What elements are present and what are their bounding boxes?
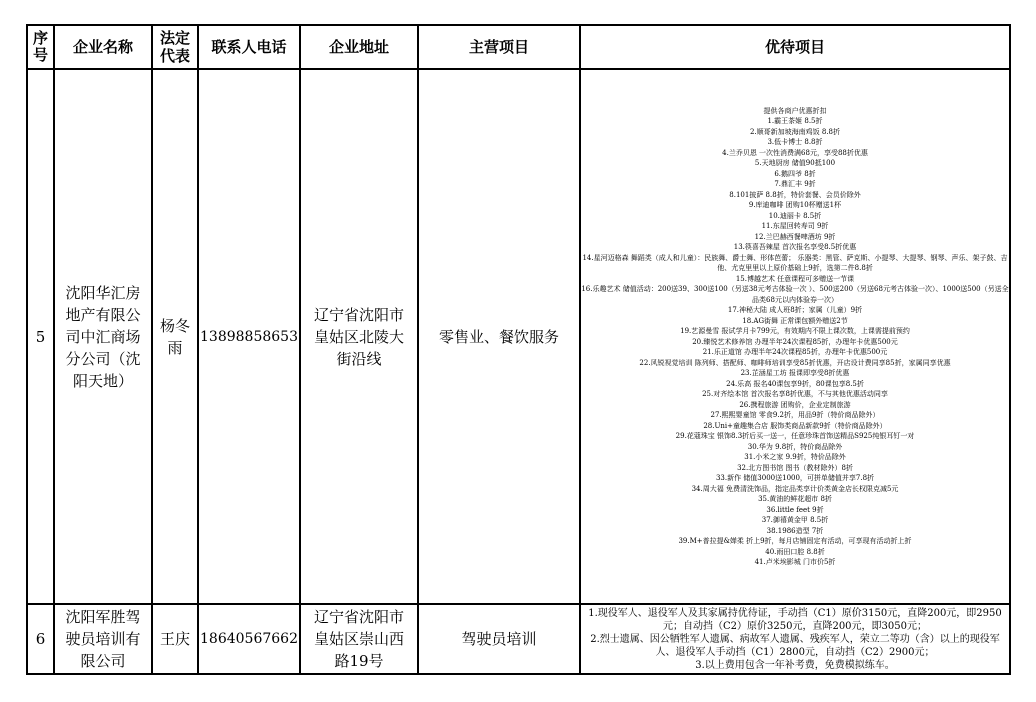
- offer-item: 2.顺哥新加坡海南鸡饭 8.8折: [581, 127, 1009, 138]
- offer-item: 17.神秘大陆 成人班8折；家属（儿童）9折: [581, 305, 1009, 316]
- offer-item: 23.芷涵星工坊 报课即享受8折优惠: [581, 368, 1009, 379]
- offer-item: 15.博越艺术 任意课程可多赠送一节课: [581, 274, 1009, 285]
- offer-item: 35.黄油的鲜花超市 8折: [581, 494, 1009, 505]
- offer-item: 38.1986造型 7折: [581, 526, 1009, 537]
- offer-item: 提供各商户优惠折扣: [581, 106, 1009, 117]
- offer-item: 19.艺源曼雪 报试学月卡799元，有效期内不限上课次数，上课需提前预约: [581, 326, 1009, 337]
- offer-item: 8.101披萨 8.8折，特价套餐、会员价除外: [581, 190, 1009, 201]
- offer-item: 28.Uni+童趣集合店 服饰类商品新款9折（特价商品除外）: [581, 421, 1009, 432]
- cell-seq: 6: [27, 604, 54, 674]
- header-seq: 序号: [27, 25, 54, 69]
- cell-business: 驾驶员培训: [418, 604, 580, 674]
- merchant-table: 序号 企业名称 法定代表 联系人电话 企业地址 主营项目 优待项目 5 沈阳华汇…: [26, 24, 1011, 675]
- header-phone: 联系人电话: [198, 25, 300, 69]
- offer-item: 41.卢米埃影城 门市价5折: [581, 557, 1009, 568]
- offer-item: 14.星河迈格森 舞蹈类（成人和儿童）：民族舞、爵士舞、形体芭蕾； 乐器类：黑管…: [581, 253, 1009, 274]
- header-row: 序号 企业名称 法定代表 联系人电话 企业地址 主营项目 优待项目: [27, 25, 1010, 69]
- offer-item: 33.新作 储值3000送1000，可拼单储值并享7.8折: [581, 473, 1009, 484]
- offer-item: 16.乐趣艺术 储值活动：200送39、300送100（另送38元考古体验一次 …: [581, 284, 1009, 305]
- cell-seq: 5: [27, 69, 54, 604]
- header-business: 主营项目: [418, 25, 580, 69]
- offer-item: 10.迪丽卡 8.5折: [581, 211, 1009, 222]
- header-offers: 优待项目: [580, 25, 1010, 69]
- cell-legal-rep: 王庆: [152, 604, 198, 674]
- offer-list: 1.现役军人、退役军人及其家属持优待证，手动挡（C1）原价3150元，直降200…: [581, 607, 1009, 672]
- offer-item: 2.烈士遗属、因公牺牲军人遗属、病故军人遗属、残疾军人，荣立二等功（含）以上的现…: [581, 633, 1009, 659]
- offer-item: 24.乐高 报名40课包享9折，80课包享8.5折: [581, 379, 1009, 390]
- offer-item: 13.筷喜吾辣屋 首次报名享受8.5折优惠: [581, 242, 1009, 253]
- offer-list: 提供各商户优惠折扣1.霸王茶姬 8.5折2.顺哥新加坡海南鸡饭 8.8折3.低卡…: [581, 106, 1009, 568]
- table-row: 5 沈阳华汇房地产有限公司中汇商场分公司（沈阳天地） 杨冬雨 138988586…: [27, 69, 1010, 604]
- offer-item: 9.库迪咖啡 团购10杯赠送1杯: [581, 200, 1009, 211]
- cell-offers: 提供各商户优惠折扣1.霸王茶姬 8.5折2.顺哥新加坡海南鸡饭 8.8折3.低卡…: [580, 69, 1010, 604]
- offer-item: 25.对齐绘本馆 首次报名享8折优惠，不与其他优惠活动同享: [581, 389, 1009, 400]
- offer-item: 26.携程旅游 团购价，企业定制旅游: [581, 400, 1009, 411]
- cell-business: 零售业、餐饮服务: [418, 69, 580, 604]
- offer-item: 6.鹅四爷 8折: [581, 169, 1009, 180]
- cell-name: 沈阳军胜驾驶员培训有限公司: [54, 604, 152, 674]
- offer-item: 1.现役军人、退役军人及其家属持优待证，手动挡（C1）原价3150元，直降200…: [581, 607, 1009, 633]
- cell-address: 辽宁省沈阳市皇姑区崇山西路19号: [300, 604, 418, 674]
- offer-item: 22.风锐视觉培训 陈列师、搭配师、咖啡师培训享受85折优惠，开店设计费同享85…: [581, 358, 1009, 369]
- offer-item: 40.雨田口腔 8.8折: [581, 547, 1009, 558]
- offer-item: 30.华为 9.8折，特价商品除外: [581, 442, 1009, 453]
- cell-name: 沈阳华汇房地产有限公司中汇商场分公司（沈阳天地）: [54, 69, 152, 604]
- offer-item: 32.北方图书馆 图书（教材除外）8折: [581, 463, 1009, 474]
- table-row: 6 沈阳军胜驾驶员培训有限公司 王庆 18640567662 辽宁省沈阳市皇姑区…: [27, 604, 1010, 674]
- cell-legal-rep: 杨冬雨: [152, 69, 198, 604]
- header-legal-rep: 法定代表: [152, 25, 198, 69]
- cell-offers: 1.现役军人、退役军人及其家属持优待证，手动挡（C1）原价3150元，直降200…: [580, 604, 1010, 674]
- cell-address: 辽宁省沈阳市皇姑区北陵大街沿线: [300, 69, 418, 604]
- offer-item: 3.低卡博士 8.8折: [581, 137, 1009, 148]
- offer-item: 7.鼎汇丰 9折: [581, 179, 1009, 190]
- offer-item: 1.霸王茶姬 8.5折: [581, 116, 1009, 127]
- offer-item: 27.熙熙婴童馆 零食9.2折，用品9折（特价商品除外）: [581, 410, 1009, 421]
- offer-item: 3.以上费用包含一年补考费，免费模拟练车。: [581, 659, 1009, 672]
- header-address: 企业地址: [300, 25, 418, 69]
- offer-item: 21.乐正道馆 办理半年24次课程85折，办理年卡优惠500元: [581, 347, 1009, 358]
- header-name: 企业名称: [54, 25, 152, 69]
- offer-item: 5.天地厨房 储值90抵100: [581, 158, 1009, 169]
- cell-phone: 18640567662: [198, 604, 300, 674]
- offer-item: 39.M+普拉提&婵柔 折上9折，每月店铺固定有活动，可享现有活动折上折: [581, 536, 1009, 547]
- offer-item: 36.little feet 9折: [581, 505, 1009, 516]
- offer-item: 12.兰巴赫西餐啤酒坊 9折: [581, 232, 1009, 243]
- offer-item: 18.AG街舞 正常课包额外赠送2节: [581, 316, 1009, 327]
- offer-item: 20.臻悦艺术修养馆 办理半年24次课程85折，办理年卡优惠500元: [581, 337, 1009, 348]
- offer-item: 34.周大福 免费清洗饰品，指定品类享计价类黄金店长权限克减5元: [581, 484, 1009, 495]
- offer-item: 31.小米之家 9.9折，特价品除外: [581, 452, 1009, 463]
- offer-item: 29.花蔻珠宝 银饰8.3折后买一送一，任意珍珠首饰送精品S925纯银耳钉一对: [581, 431, 1009, 442]
- offer-item: 37.御禧黄金甲 8.5折: [581, 515, 1009, 526]
- cell-phone: 13898858653: [198, 69, 300, 604]
- offer-item: 4.兰乔贝恩 一次性消费满68元，享受88折优惠: [581, 148, 1009, 159]
- offer-item: 11.东屋回转寿司 9折: [581, 221, 1009, 232]
